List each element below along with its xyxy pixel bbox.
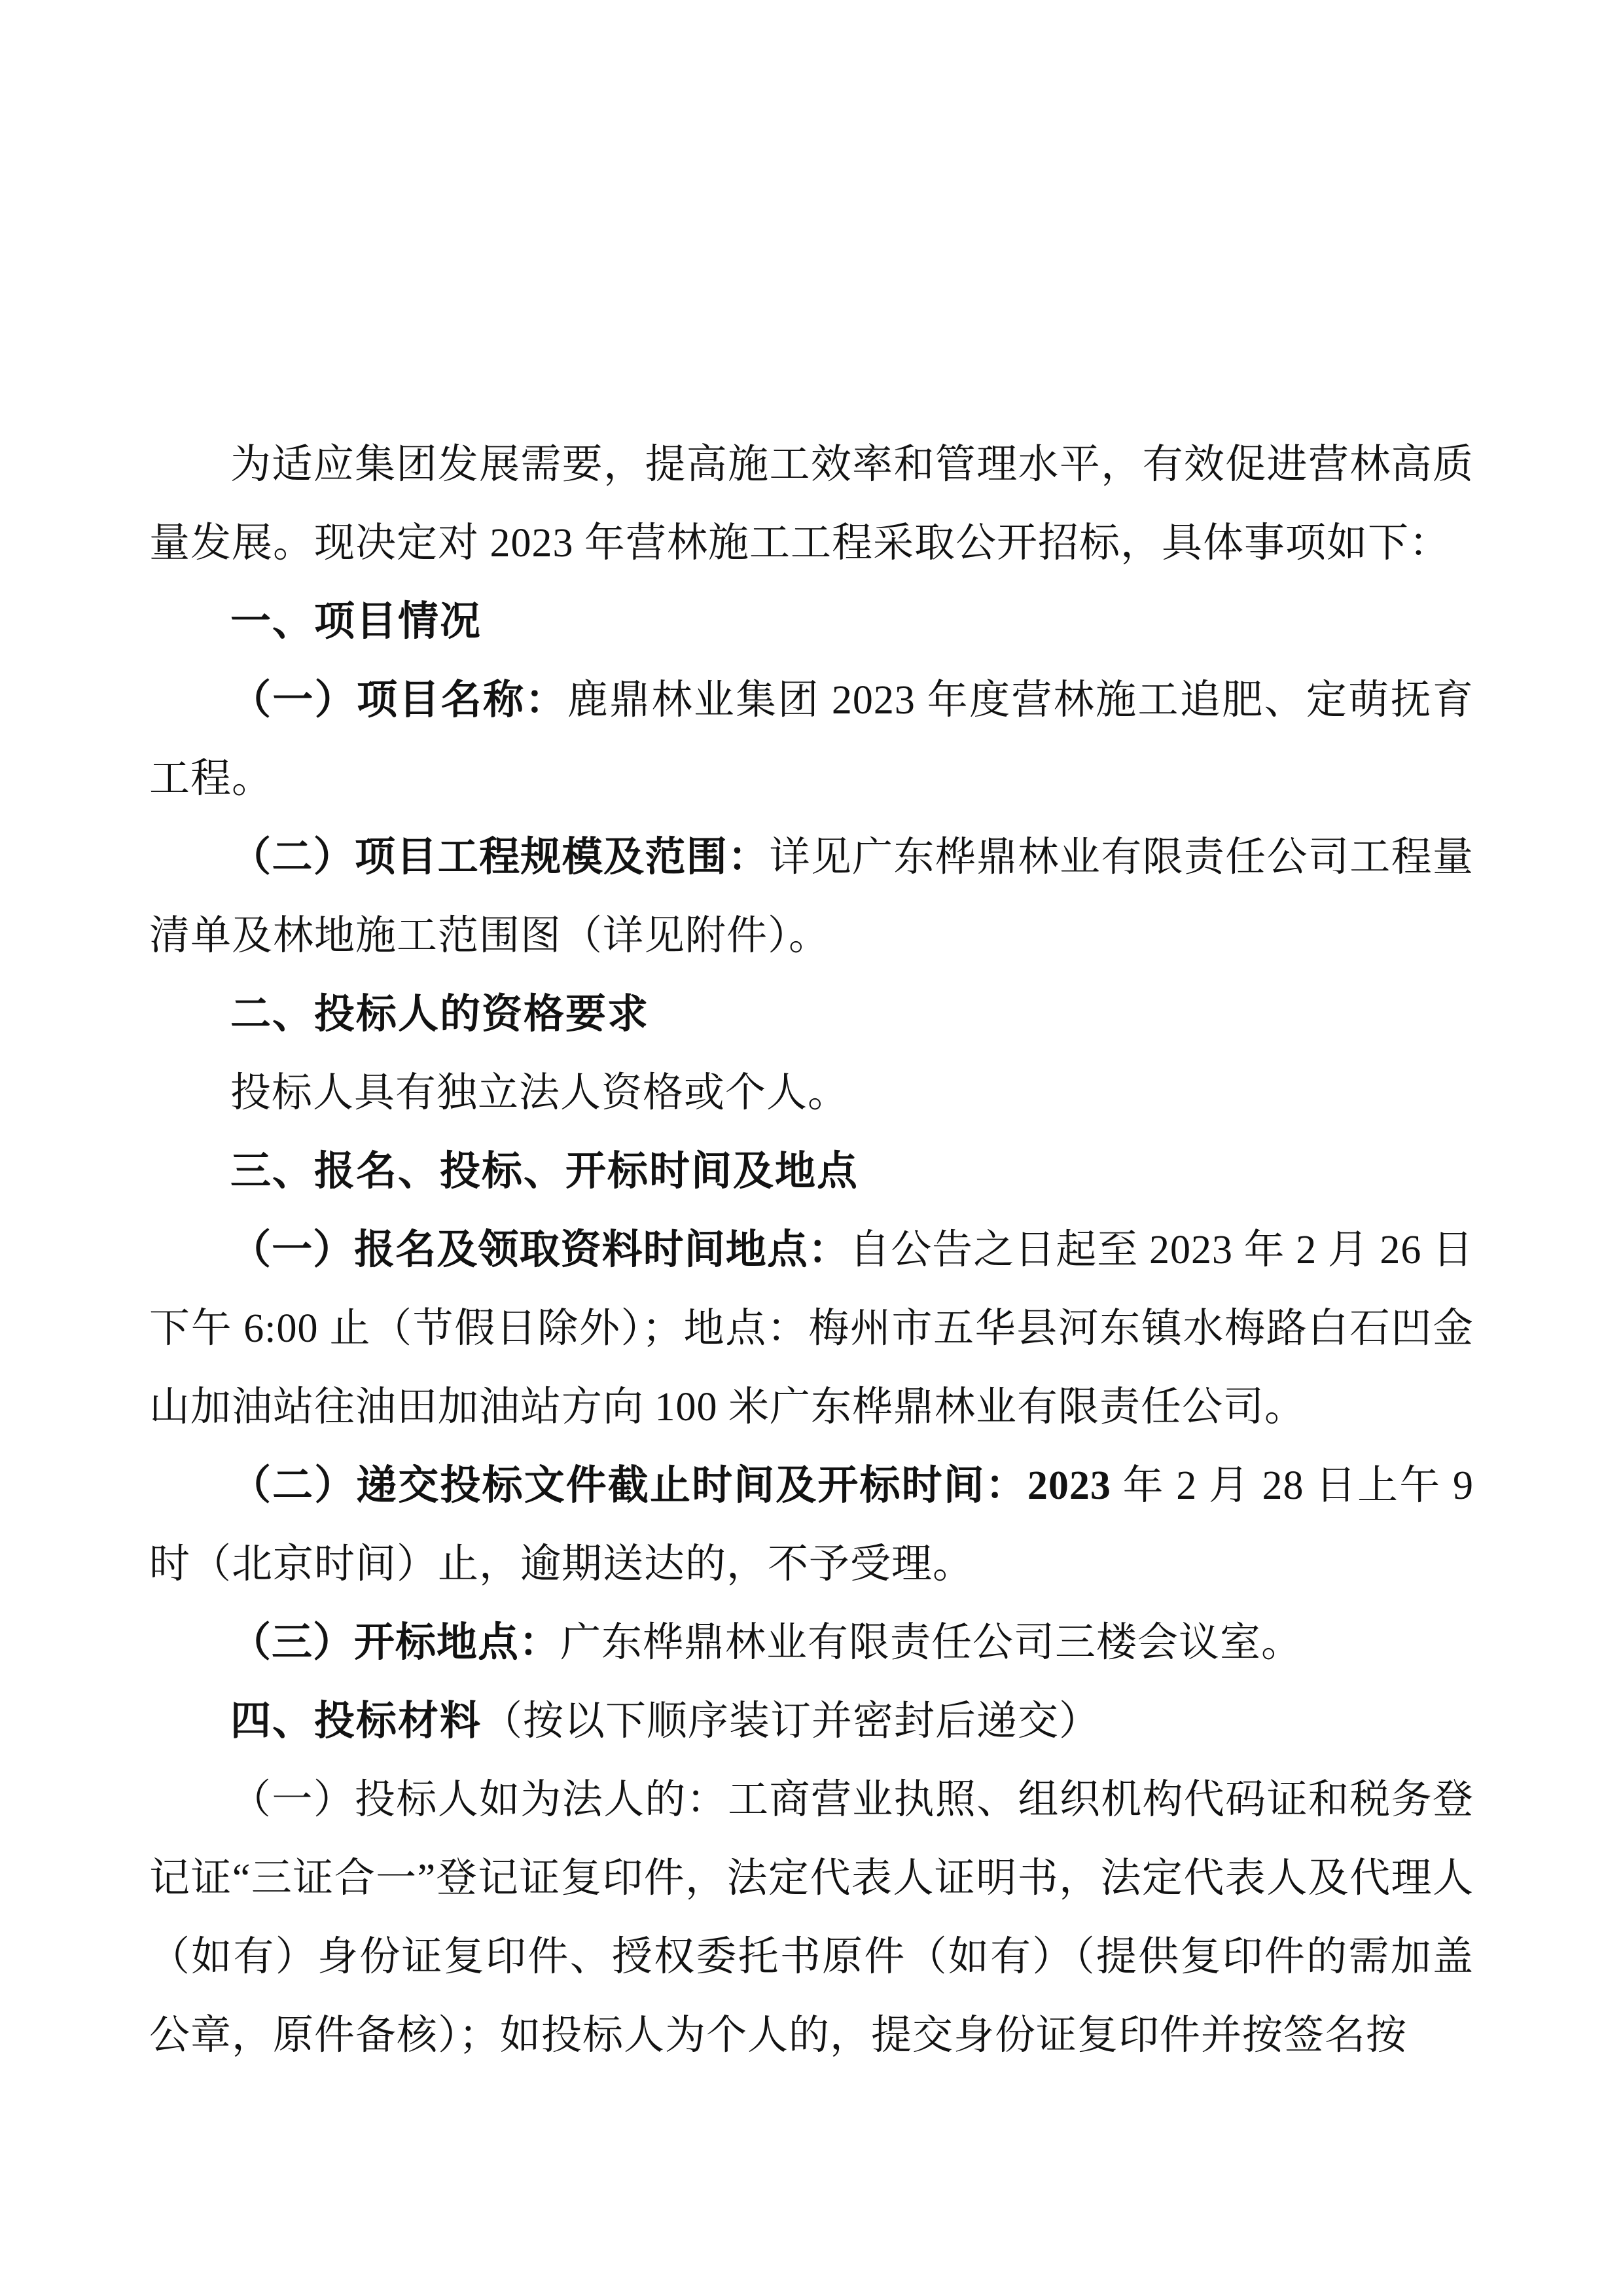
section3-item3-label: （三）开标地点：	[230, 1621, 560, 1665]
section1-item2: （二）项目工程规模及范围：详见广东桦鼎林业有限责任公司工程量清单及林地施工范围图…	[149, 818, 1474, 975]
section4-heading-note: （按以下顺序装订并密封后递交）	[482, 1699, 1100, 1744]
section3-item2-year: 2023	[1027, 1463, 1111, 1508]
section3-item3: （三）开标地点：广东桦鼎林业有限责任公司三楼会议室。	[149, 1604, 1474, 1682]
section3-item2-label: （二）递交投标文件截止时间及开标时间：	[230, 1463, 1027, 1508]
section3-heading: 三、报名、投标、开标时间及地点	[149, 1132, 1474, 1211]
section1-heading: 一、项目情况	[149, 583, 1474, 661]
section3-item2: （二）递交投标文件截止时间及开标时间：2023 年 2 月 28 日上午 9 时…	[149, 1446, 1474, 1604]
section4-item1: （一）投标人如为法人的：工商营业执照、组织机构代码证和税务登记证“三证合一”登记…	[149, 1761, 1474, 2075]
section1-item1: （一）项目名称：鹿鼎林业集团 2023 年度营林施工追肥、定萌抚育工程。	[149, 661, 1474, 818]
section3-item3-text: 广东桦鼎林业有限责任公司三楼会议室。	[560, 1621, 1302, 1665]
section4-heading: 四、投标材料	[230, 1698, 482, 1744]
section1-item2-label: （二）项目工程规模及范围：	[230, 835, 769, 880]
section3-item1-label: （一）报名及领取资料时间地点：	[230, 1228, 849, 1272]
section4-heading-line: 四、投标材料（按以下顺序装订并密封后递交）	[149, 1682, 1474, 1761]
section1-item1-label: （一）项目名称：	[230, 678, 567, 723]
section2-heading: 二、投标人的资格要求	[149, 975, 1474, 1054]
section3-item1: （一）报名及领取资料时间地点：自公告之日起至 2023 年 2 月 26 日下午…	[149, 1211, 1474, 1446]
section2-body: 投标人具有独立法人资格或个人。	[149, 1054, 1474, 1132]
intro-paragraph: 为适应集团发展需要，提高施工效率和管理水平，有效促进营林高质量发展。现决定对 2…	[149, 425, 1474, 583]
document-page: 为适应集团发展需要，提高施工效率和管理水平，有效促进营林高质量发展。现决定对 2…	[0, 0, 1623, 2296]
